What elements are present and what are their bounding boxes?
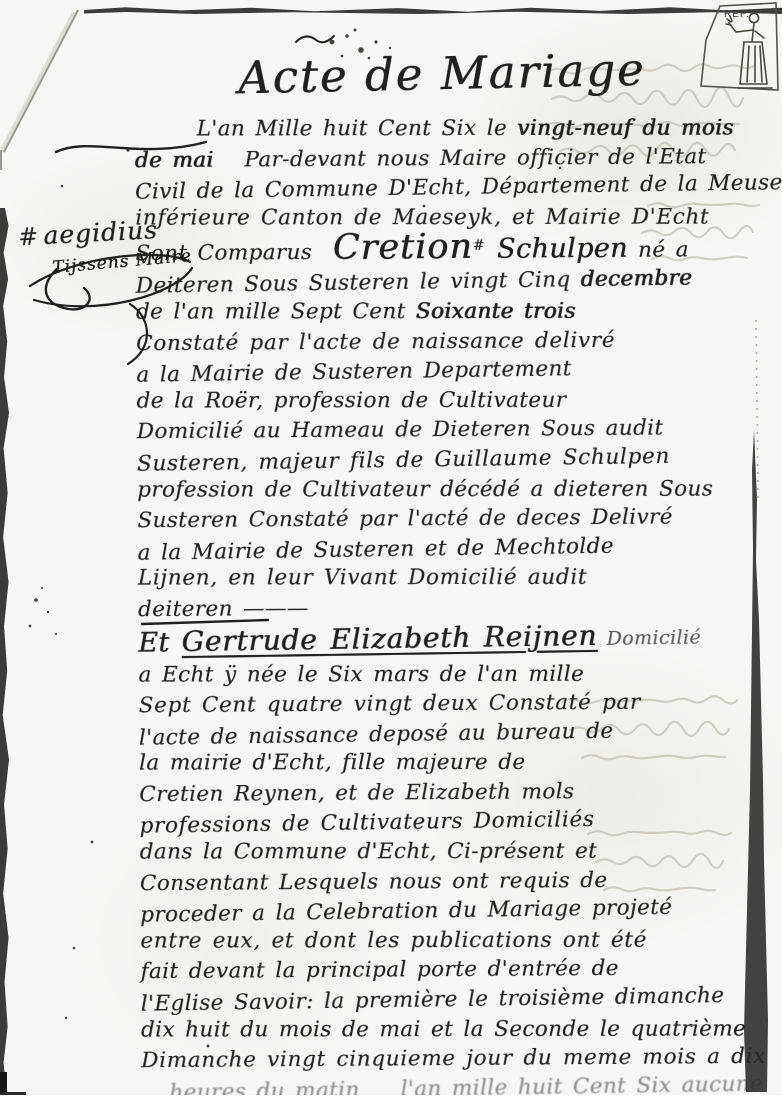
margin-reference-mark: # [17,222,39,251]
text-segment: Domicilié [597,626,701,650]
text-segment: Soixante trois [416,299,576,324]
scan-bottom-margin [0,1095,782,1107]
text-segment: L'an Mille huit Cent Six le [197,116,518,142]
text-segment: Par-devant nous Maire officier de l'Etat [214,144,707,172]
text-line: de l'an mille Sept Cent Soixante trois [136,296,772,327]
text-segment: de l'an mille Sept Cent [136,299,416,324]
text-line: profession de Cultivateur décédé a diete… [137,474,773,505]
text-line: la mairie d'Echt, fille majeure de [139,748,775,779]
text-segment: Constaté par l'acte de naissance delivré [136,327,615,355]
text-segment: dix huit du mois de mai et la Seconde le… [141,1016,746,1042]
text-segment: né a [628,238,689,263]
text-segment: Susteren Constaté par l'acté de deces De… [137,505,673,534]
text-segment: Susteren, majeur fils de Guillaume Schul… [137,444,670,477]
text-segment: vingt-neuf du mois [517,116,734,141]
text-line: L'an Mille huit Cent Six le vingt-neuf d… [135,113,771,144]
text-line: entre eux, et dont les publications ont … [140,925,776,956]
text-line: inférieure Canton de Maeseyk, et Mairie … [135,202,771,233]
text-segment: Gertrude Elizabeth Reijnen [181,618,597,657]
text-segment: de mai [135,147,214,173]
document-title: Acte de Mariage [237,45,568,105]
text-segment: decembre [581,266,693,293]
text-line: Et Gertrude Elizabeth Reijnen Domicilié [138,618,774,664]
republic-stamp: REP. [694,0,782,96]
text-line: a Echt ÿ née le Six mars de l'an mille [138,659,774,690]
text-segment: Civil de la Commune D'Echt, Département … [135,170,782,205]
text-segment: Et [138,627,182,659]
text-segment: l'Eglise Savoir: la première le troisièm… [141,983,725,1017]
text-segment: a la Mairie de Susteren Departement [136,356,572,387]
text-segment: profession de Cultivateur décédé a diete… [137,476,713,502]
text-segment: Lijnen, en leur Vivant Domicilié audit [138,565,587,591]
marianne-figure-icon [726,13,772,88]
text-segment: Sont Comparus [135,240,332,266]
text-line: Lijnen, en leur Vivant Domicilié audit [138,563,774,594]
text-segment: proceder a la Celebration du Mariage pro… [140,895,673,928]
text-segment: Schulpen [485,233,628,265]
text-line: de la Roër, profession de Cultivateur [137,385,773,416]
text-segment: la mairie d'Echt, fille majeure de [139,750,525,776]
text-segment: Cretien Reynen, et de Elizabeth mols [139,779,574,807]
text-segment: Sept Cent quatre vingt deux Constaté par [139,690,641,719]
text-segment: inférieure Canton de Maeseyk, et Mairie … [135,204,709,230]
text-segment: professions de Cultivateurs Domiciliés [139,807,594,839]
text-segment: l'acte de naissance deposé au bureau de [139,718,614,750]
text-segment: fait devant la principal porte d'entrée … [140,956,618,984]
text-segment: Cretion [333,227,473,268]
text-line: dix huit du mois de mai et la Seconde le… [141,1014,777,1045]
stamp-label: REP. [724,9,750,20]
scan-top-edge [84,5,782,14]
title-paraph [296,36,334,42]
text-segment: dans la Commune d'Echt, Ci-présent et [140,839,597,865]
text-segment: Domicilié au Hameau de Dieteren Sous aud… [137,416,664,445]
scanned-marriage-record-page: Acte de Mariage # aegidius Tijssens Mair… [0,0,782,1107]
text-segment: entre eux, et dont les publications ont … [140,928,647,954]
document-lines: L'an Mille huit Cent Six le vingt-neuf d… [135,112,778,1106]
text-line: dans la Commune d'Echt, Ci-présent et [140,837,776,868]
text-segment: Dimanche vingt cinquieme jour du meme mo… [141,1044,766,1073]
text-segment: a Echt ÿ née le Six mars de l'an mille [138,661,584,687]
scan-left-edge [0,208,9,1098]
text-segment: # [473,238,485,254]
text-segment: Deiteren Sous Susteren le vingt Cinq [136,267,581,299]
text-segment: Consentant Lesquels nous ont requis de [140,868,608,896]
text-segment: deiteren ——— [138,596,309,622]
text-segment: a la Mairie de Susteren et de Mechtolde [137,533,614,565]
text-segment: de la Roër, profession de Cultivateur [137,388,567,414]
